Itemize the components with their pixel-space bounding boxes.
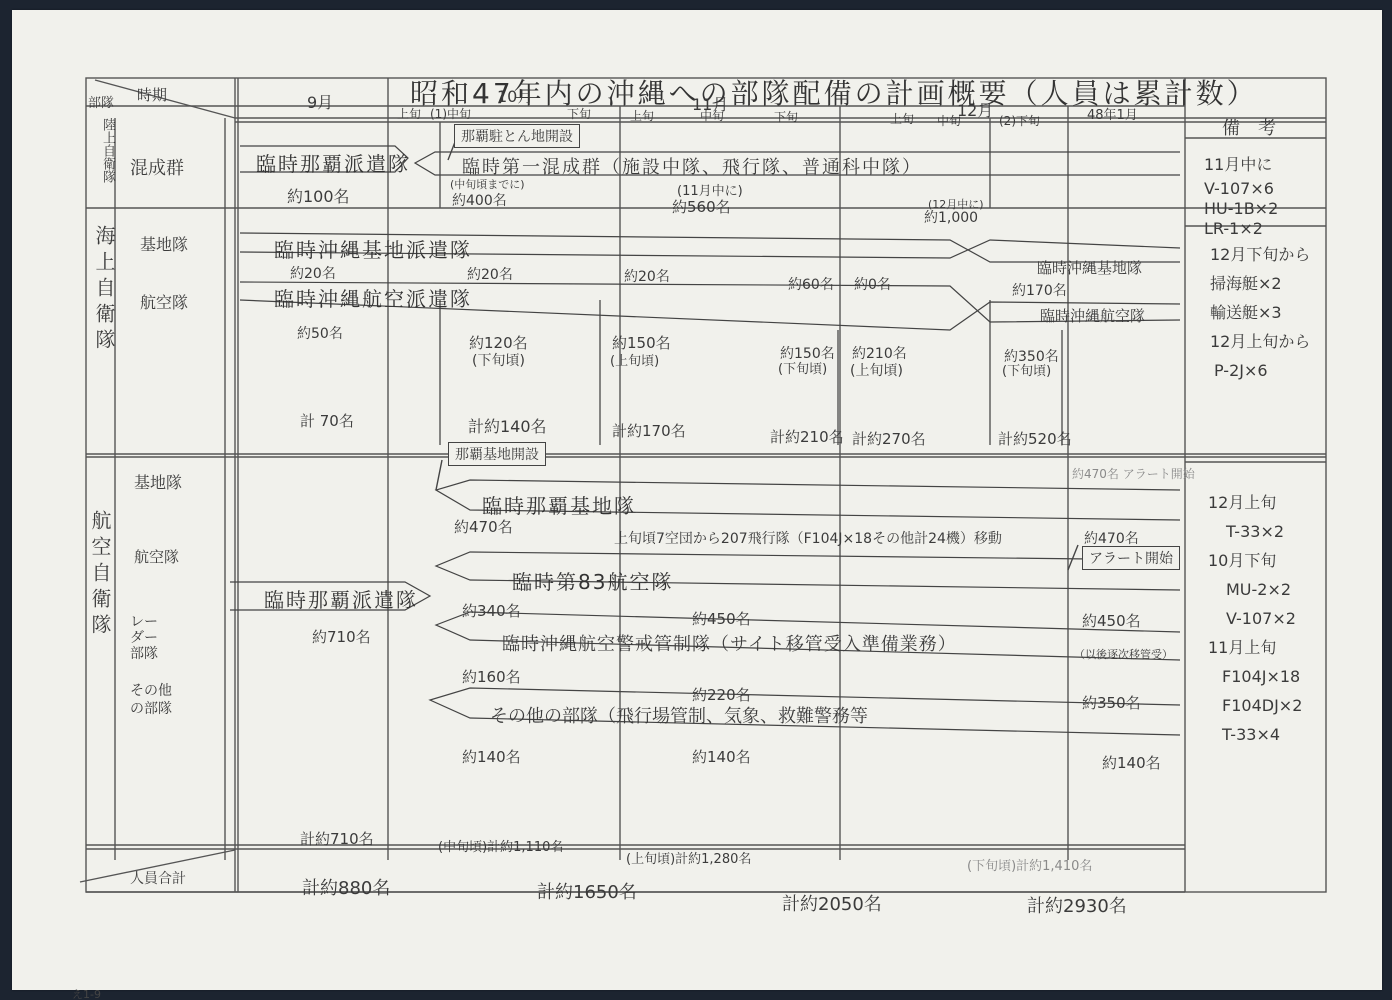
count-label: 約450名	[692, 608, 751, 629]
count-label: 約450名	[1082, 610, 1141, 631]
count-note: (下旬頃)	[472, 350, 525, 370]
decade-label: 下旬	[774, 108, 798, 125]
page-mark: え1-9	[72, 986, 101, 1000]
month-label: 48年1月	[1087, 104, 1138, 123]
count-label: 約470名	[454, 516, 513, 537]
count-label: 約0名	[854, 274, 891, 294]
count-label: 約1,000	[924, 207, 978, 227]
unit-label: レーダー部隊	[130, 614, 170, 662]
grand-total-value: 計約2930名	[1027, 892, 1127, 918]
count-label: 約50名	[297, 323, 343, 343]
remarks-gsdf: 11月中に V-107×6 HU-1B×2 LR-1×2	[1204, 150, 1278, 239]
grand-total-value: 計約2050名	[782, 890, 882, 916]
remarks-header: 備考	[1222, 114, 1294, 140]
callout-label: 那覇基地開設	[448, 442, 546, 466]
total-label: (中旬頃)計約1,110名	[438, 836, 563, 855]
callout-label: アラート開始	[1082, 546, 1180, 570]
count-label: 約20名	[624, 266, 670, 286]
month-label: 10月	[497, 84, 533, 107]
decade-label: 上旬	[890, 110, 914, 127]
total-label: 計約170名	[612, 420, 686, 441]
count-label: 約710名	[312, 626, 371, 647]
bar-label: 臨時沖縄基地派遣隊	[274, 234, 472, 263]
decade-label: 上旬	[397, 105, 421, 122]
decade-label: 下旬	[567, 105, 591, 122]
unit-label: その他の部隊	[130, 682, 180, 718]
decade-label: 中旬	[700, 107, 724, 124]
count-label: 約140名	[692, 746, 751, 767]
count-label: 約470名	[1084, 528, 1139, 548]
count-note: (上旬頃)	[850, 360, 903, 380]
total-label: 計約210名	[770, 426, 844, 447]
unit-label: 混成群	[130, 154, 184, 180]
count-label: 約100名	[287, 184, 350, 207]
unit-label: 基地隊	[140, 232, 188, 255]
total-label: 計 70名	[300, 410, 354, 431]
count-label: 約140名	[1102, 752, 1161, 773]
month-label: 12月	[957, 98, 993, 121]
total-label: (上旬頃)計約1,280名	[626, 848, 751, 867]
count-note: (下旬頃)	[778, 358, 827, 377]
bar-label: 臨時沖縄航空隊	[1040, 305, 1145, 326]
force-label-msdf: 海上自衛隊	[90, 225, 119, 355]
remarks-msdf: 12月下旬から 掃海艇×2 輸送艇×3 12月上旬から P-2J×6	[1210, 240, 1310, 385]
grand-total-value: 計約1650名	[537, 878, 637, 904]
remarks-asdf: 12月上旬 T-33×2 10月下旬 MU-2×2 V-107×2 11月上旬 …	[1208, 488, 1302, 749]
grand-total-value: 計約880名	[302, 874, 390, 900]
transfer-note: 上旬頃7空団から207飛行隊（F104J×18その他計24機）移動	[614, 528, 1002, 548]
count-label: 約400名	[452, 190, 507, 210]
bar-tail-note: （以後逐次移管受）	[1074, 646, 1173, 662]
decade-label: 中旬	[937, 112, 961, 129]
header-period-label: 時期	[137, 84, 167, 105]
document-page: 昭和47年内の沖縄への部隊配備の計画概要（人員は累計数） 時期 部隊 9月 10…	[12, 10, 1382, 990]
bar-label: 臨時第83航空隊	[512, 566, 673, 595]
bar-label: 臨時第一混成群（施設中隊、飛行隊、普通科中隊）	[462, 153, 922, 179]
bar-label: 臨時沖縄航空派遣隊	[274, 283, 472, 312]
count-label: 約170名	[1012, 280, 1067, 300]
count-label: 約20名	[467, 264, 513, 284]
total-label: 計約270名	[852, 428, 926, 449]
header-unit-label: 部隊	[88, 92, 114, 111]
count-label: 約60名	[788, 274, 834, 294]
count-label: 約160名	[462, 666, 521, 687]
bar-label: 臨時沖縄基地隊	[1037, 257, 1142, 278]
count-label: 約340名	[462, 600, 521, 621]
decade-label: 上旬	[630, 107, 654, 124]
unit-label: 航空隊	[134, 546, 179, 567]
total-label: 計約520名	[998, 428, 1072, 449]
bar-label: その他の部隊（飛行場管制、気象、救難警務等	[490, 702, 868, 728]
force-label-gsdf: 陸上自衛隊	[98, 118, 117, 183]
count-note: (下旬頃)	[1002, 360, 1051, 379]
bar-label: 臨時那覇派遣隊	[256, 148, 410, 177]
unit-label: 基地隊	[134, 470, 182, 493]
decade-label: (1)中旬	[430, 105, 471, 122]
month-label: 9月	[307, 90, 333, 113]
grand-total-label: 人員合計	[130, 868, 186, 888]
decade-label: (2)下旬	[999, 112, 1040, 129]
count-label: 約140名	[462, 746, 521, 767]
count-label: 約350名	[1082, 692, 1141, 713]
total-label: 計約710名	[300, 828, 374, 849]
total-label: 計約140名	[468, 414, 547, 437]
unit-label: 航空隊	[140, 290, 188, 313]
faint-note: 約470名 アラート開始	[1072, 465, 1195, 482]
bar-label: 臨時那覇派遣隊	[264, 584, 418, 613]
force-label-asdf: 航空自衛隊	[86, 510, 115, 640]
count-note: (上旬頃)	[610, 350, 659, 369]
total-label: (下旬頃)計約1,410名	[967, 855, 1092, 874]
count-label: 約560名	[672, 196, 731, 217]
bar-label: 臨時那覇基地隊	[482, 490, 636, 519]
bar-label: 臨時沖縄航空警戒管制隊（サイト移管受入準備業務）	[502, 630, 957, 656]
callout-label: 那覇駐とん地開設	[454, 124, 580, 148]
count-label: 約20名	[290, 263, 336, 283]
